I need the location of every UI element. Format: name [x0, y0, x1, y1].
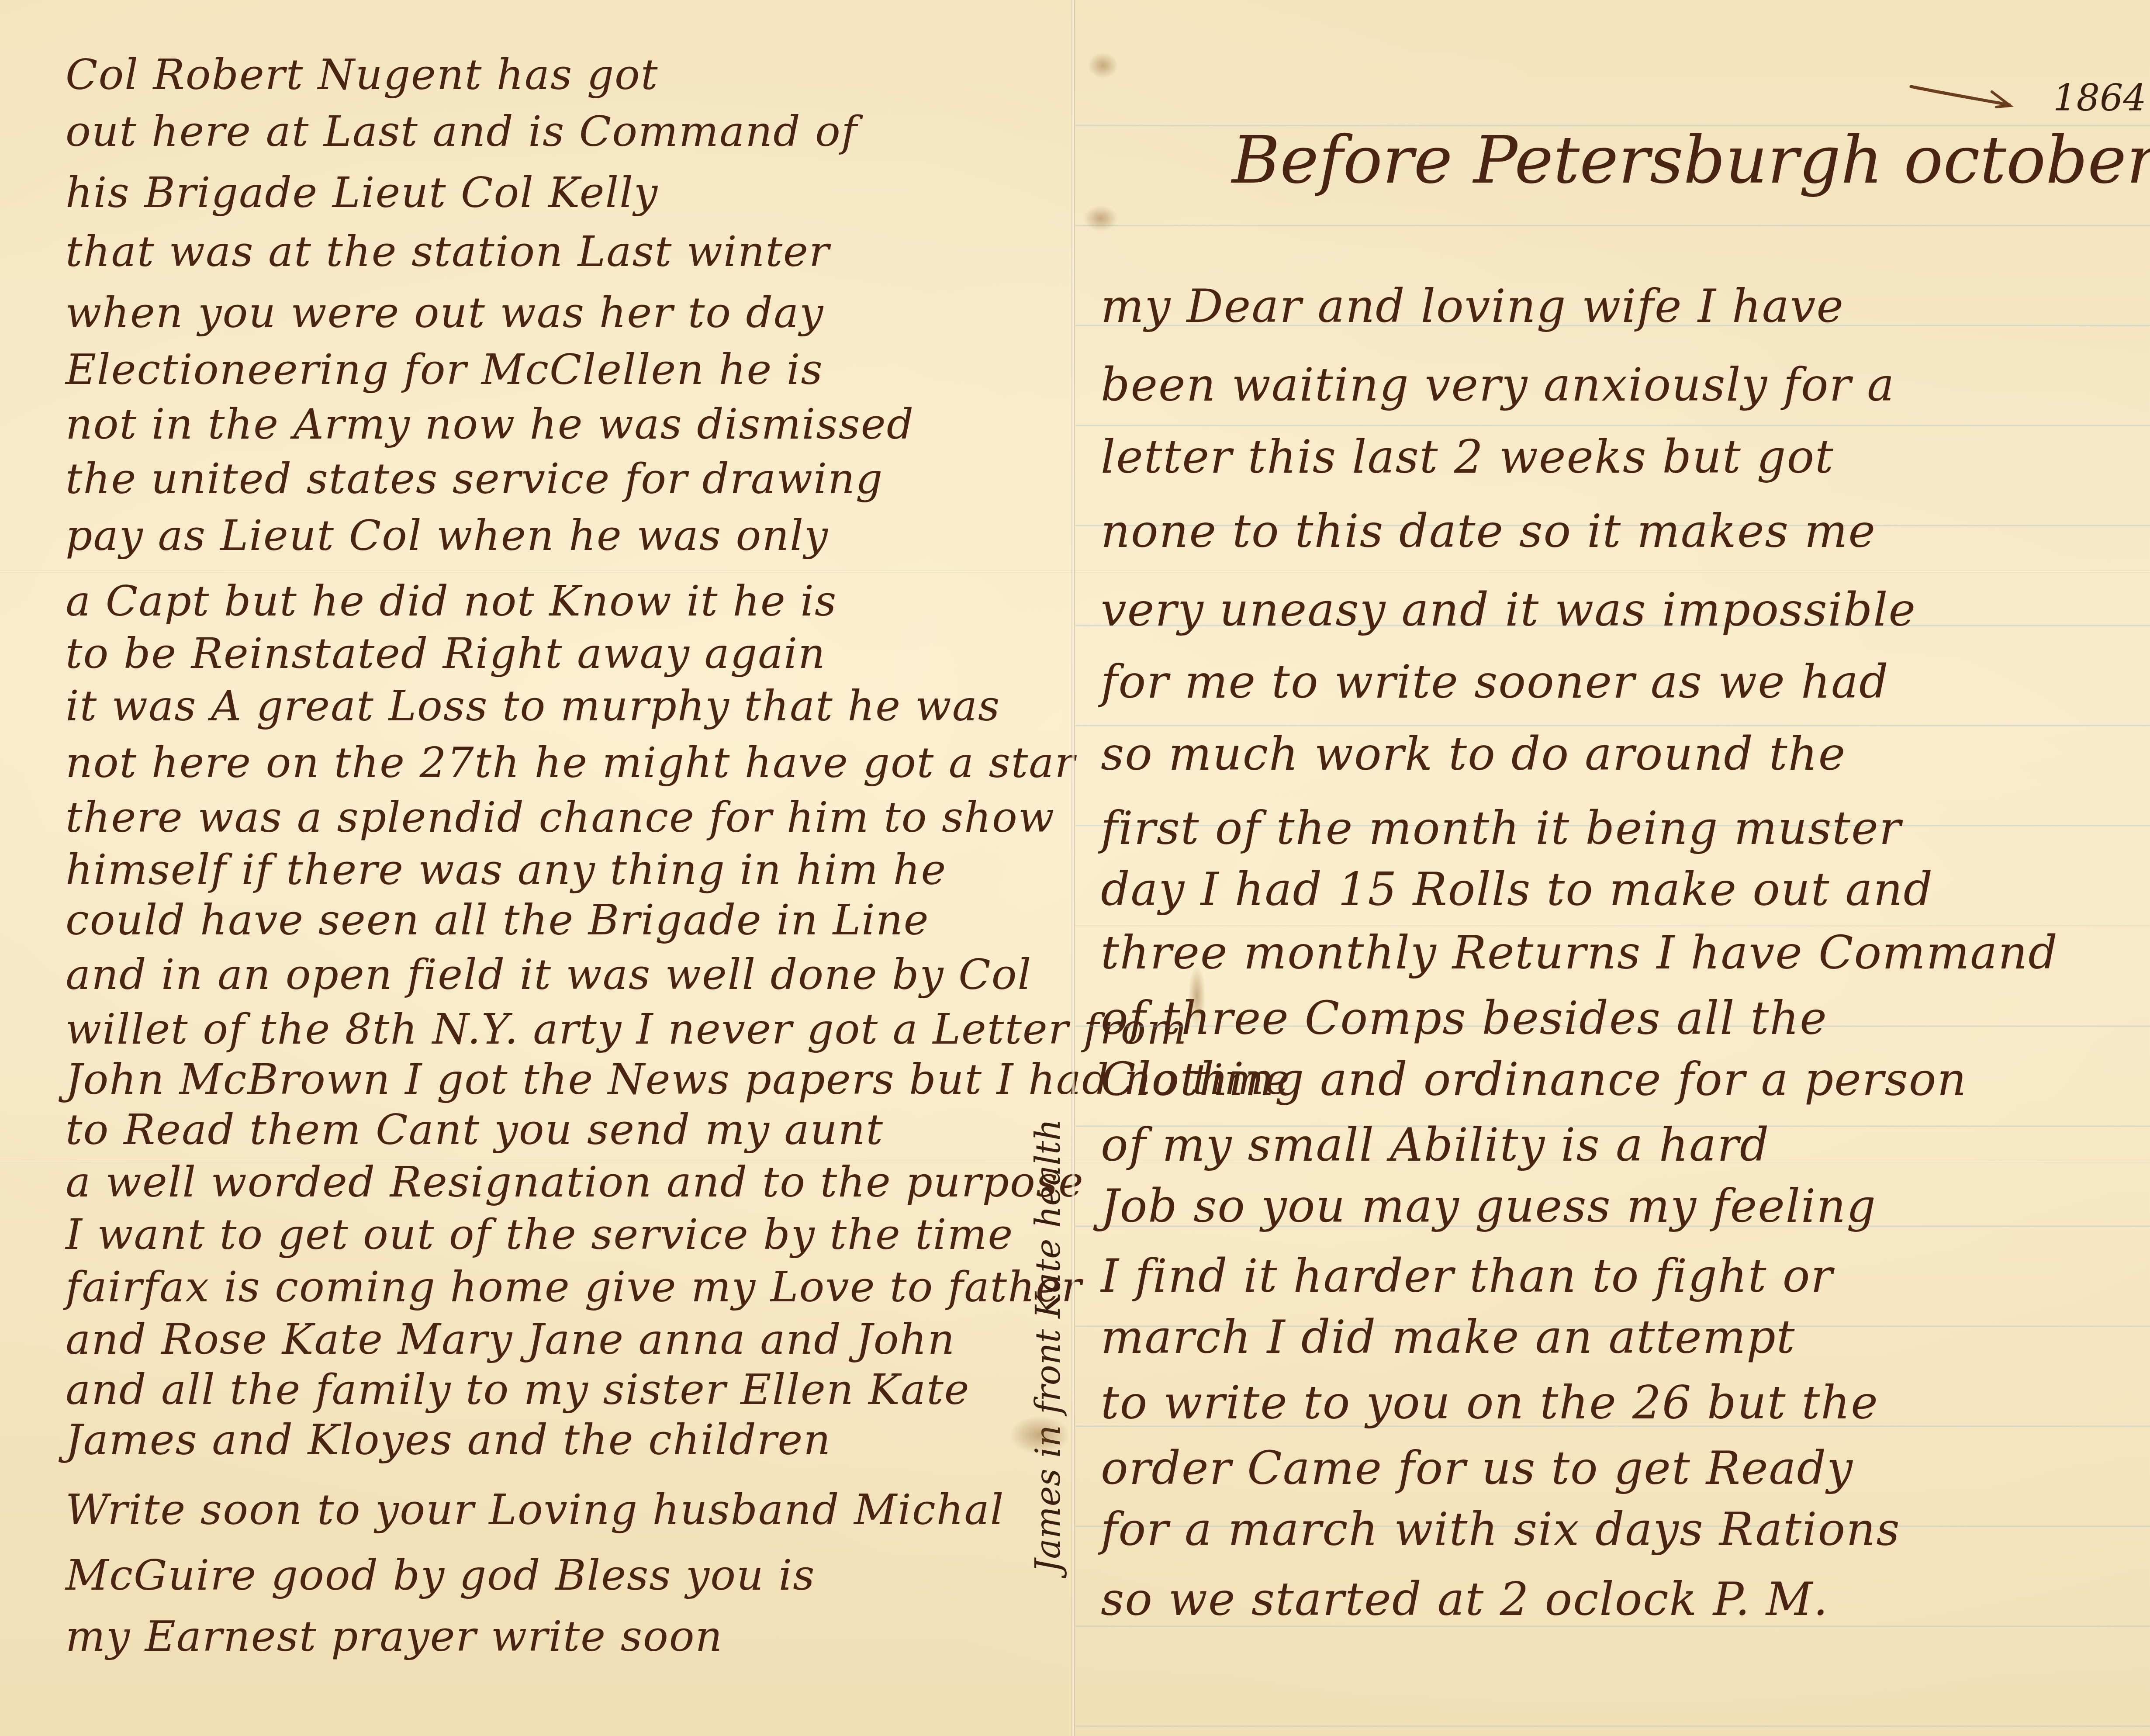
letter-line: of three Comps besides all the	[1101, 992, 1828, 1045]
letter-line: day I had 15 Rolls to make out and	[1101, 863, 1933, 916]
letter-line: and all the family to my sister Ellen Ka…	[66, 1365, 970, 1414]
letter-line: a well worded Resignation and to the pur…	[66, 1158, 1084, 1207]
letter-line: to Read them Cant you send my aunt	[66, 1105, 884, 1154]
letter-line: I find it harder than to fight or	[1101, 1249, 1833, 1303]
letter-line: when you were out was her to day	[66, 288, 824, 337]
letter-line: could have seen all the Brigade in Line	[66, 896, 930, 944]
letter-line: that was at the station Last winter	[66, 227, 830, 276]
letter-line: I want to get out of the service by the …	[66, 1210, 1013, 1259]
letter-line: pay as Lieut Col when he was only	[66, 511, 829, 560]
ink-stain	[1083, 205, 1118, 232]
letter-line: three monthly Returns I have Command	[1101, 926, 2058, 979]
center-fold	[1072, 0, 1075, 1736]
letter-line: for me to write sooner as we had	[1101, 655, 1889, 709]
letter-line: willet of the 8th N.Y. arty I never got …	[66, 1005, 1187, 1054]
letter-line: Clothing and ordinance for a person	[1101, 1053, 1967, 1106]
letter-salutation: my Dear and loving wife I have	[1101, 280, 1844, 333]
letter-line: Electioneering for McClellen he is	[66, 345, 823, 394]
left-page: Col Robert Nugent has got out here at La…	[0, 0, 1072, 1736]
letter-line: to be Reinstated Right away again	[66, 629, 826, 678]
margin-note: James in front Kate health	[1029, 1119, 1068, 1573]
letter-line: the united states service for drawing	[66, 454, 883, 503]
letter-line: fairfax is coming home give my Love to f…	[66, 1262, 1082, 1311]
letter-heading: Before Petersburgh october 31st	[1232, 122, 2150, 198]
letter-line: of my small Ability is a hard	[1101, 1118, 1770, 1172]
letter-scan: Col Robert Nugent has got out here at La…	[0, 0, 2150, 1736]
letter-closing-line: my Earnest prayer write soon	[66, 1612, 723, 1661]
letter-line: march I did make an attempt	[1101, 1311, 1796, 1364]
letter-year: 1864	[2053, 76, 2147, 119]
letter-line: letter this last 2 weeks but got	[1101, 430, 1834, 484]
letter-line: a Capt but he did not Know it he is	[66, 577, 837, 626]
letter-line: for a march with six days Rations	[1101, 1503, 1901, 1556]
letter-line: and in an open field it was well done by…	[66, 950, 1032, 999]
letter-line: so much work to do around the	[1101, 727, 1846, 781]
letter-line: very uneasy and it was impossible	[1101, 583, 1916, 636]
letter-line: to write to you on the 26 but the	[1101, 1376, 1879, 1429]
letter-line: so we started at 2 oclock P. M.	[1101, 1573, 1829, 1626]
letter-line: Job so you may guess my feeling	[1101, 1179, 1877, 1233]
ink-flourish-icon	[1909, 83, 2014, 109]
letter-line: order Came for us to get Ready	[1101, 1442, 1853, 1495]
letter-line: there was a splendid chance for him to s…	[66, 793, 1055, 842]
letter-signature-line: McGuire good by god Bless you is	[66, 1551, 815, 1600]
letter-line: James and Kloyes and the children	[66, 1415, 831, 1464]
letter-line: Col Robert Nugent has got	[66, 50, 658, 99]
letter-line: Write soon to your Loving husband Michal	[66, 1485, 1004, 1534]
letter-line: his Brigade Lieut Col Kelly	[66, 168, 658, 217]
letter-line: been waiting very anxiously for a	[1101, 358, 1895, 412]
letter-line: out here at Last and is Command of	[66, 107, 857, 156]
ink-stain	[1009, 1415, 1070, 1455]
letter-line: himself if there was any thing in him he	[66, 845, 947, 894]
letter-line: it was A great Loss to murphy that he wa…	[66, 681, 1000, 730]
letter-line: none to this date so it makes me	[1101, 505, 1876, 558]
letter-line: not here on the 27th he might have got a…	[66, 738, 1075, 787]
letter-line: and Rose Kate Mary Jane anna and John	[66, 1315, 955, 1364]
ink-stain	[1088, 52, 1118, 79]
letter-line: first of the month it being muster	[1101, 802, 1901, 855]
letter-line: not in the Army now he was dismissed	[66, 400, 914, 449]
ink-stain	[1188, 965, 1206, 1027]
